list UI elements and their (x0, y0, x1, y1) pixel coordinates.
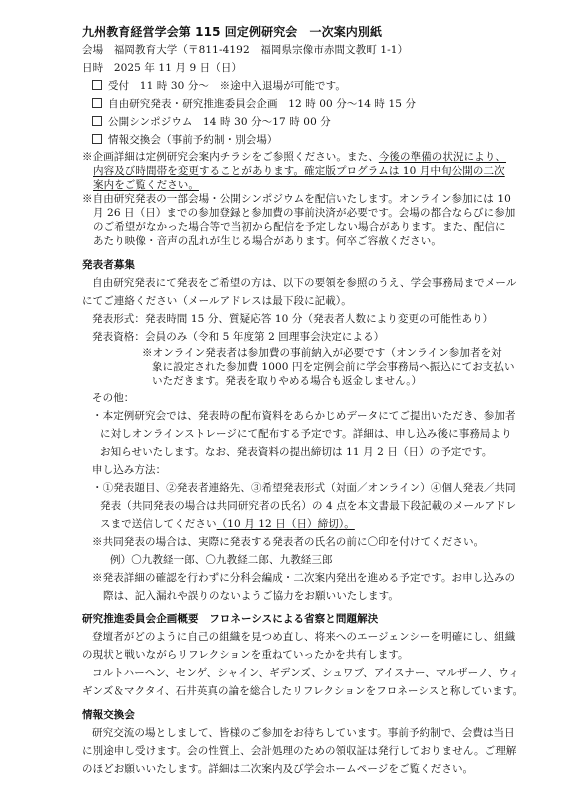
schedule-item: 情報交換会（事前予約制・別会場） (92, 133, 278, 147)
joint-note: ※共同発表の場合は、実際に発表する発表者の氏名の前に〇印を付けてください。 (92, 535, 484, 549)
exchange-body: のほどお願いいたします。詳細は二次案内及び学会ホームページをご覧ください。 (82, 762, 473, 776)
checkbox-icon (92, 116, 102, 126)
other-item: ・本定例研究会では、発表時の配布資料をあらかじめデータにてご提出いただき、参加者 (92, 409, 516, 423)
apply-item: 発表（共同発表の場合は共同研究者の氏名）の 4 点を本文書最下段記載のメールアド… (100, 499, 516, 513)
venue-label: 会場 (82, 44, 103, 56)
recruit-eligibility: 発表資格：会員のみ（令和 5 年度第 2 回理事会決定による） (92, 330, 384, 344)
apply-label: 申し込み方法： (92, 463, 166, 477)
deadline: （10 月 12 日（日）締切）。 (217, 518, 355, 530)
datetime-line: 日時 2025 年 11 月 9 日（日） (82, 61, 242, 75)
section-heading-recruit: 発表者募集 (82, 258, 135, 272)
apply-item: ・①発表題目、②発表者連絡先、③希望発表形式（対面／オンライン）④個人発表／共同 (92, 481, 516, 495)
confirm-note: 際は、記入漏れや誤りのないようご協力をお願いいたします。 (103, 589, 399, 603)
section-heading-committee: 研究推進委員会企画概要 フロネーシスによる省察と問題解決 (82, 612, 378, 626)
recruit-intro: 自由研究発表にて発表をご希望の方は、以下の要領を参照のうえ、学会事務局までメール (92, 276, 516, 290)
checkbox-icon (92, 134, 102, 144)
recruit-format: 発表形式：発表時間 15 分、質疑応答 10 分（発表者人数により変更の可能性あ… (92, 312, 493, 326)
venue-line: 会場 福岡教育大学（〒811-4192 福岡県宗像市赤間文教町 1-1） (82, 43, 408, 57)
checkbox-icon (92, 98, 102, 108)
exchange-body: に別途申し受けます。会の性質上、会計処理のための領収証は発行しておりません。ご理… (82, 744, 516, 758)
note-streaming: あたり映像・音声の乱れが生じる場合があります。何卒ご容赦ください。 (93, 234, 442, 248)
schedule-item: 公開シンポジウム 14 時 30 分～17 時 00 分 (92, 115, 331, 129)
committee-body: ギンズ＆マクタイ、石井英真の論を総合したリフレクションをフロネーシスと称していま… (82, 684, 523, 698)
confirm-note: ※発表詳細の確認を行わずに分科会編成・二次案内発出を進める予定です。お申し込みの (92, 571, 515, 585)
apply-item: スまで送信してください（10 月 12 日（日）締切）。 (100, 517, 355, 531)
recruit-online-note: ※オンライン発表者は参加費の事前納入が必要です（オンライン参加者を対 (142, 346, 502, 360)
recruit-intro: にてご連絡ください（メールアドレスは最下段に記載）。 (82, 294, 352, 308)
checkbox-icon (92, 80, 102, 90)
schedule-item: 受付 11 時 30 分～ ※途中入退場が可能です。 (92, 79, 346, 93)
note-program: ※企画詳細は定例研究会案内チラシをご参照ください。また、今後の準備の状況により、 (82, 150, 506, 164)
schedule-item: 自由研究発表・研究推進委員会企画 12 時 00 分～14 時 15 分 (92, 97, 416, 111)
note-program-cont: 内容及び時間帯を変更することがあります。確定版プログラムは 10 月中旬公開の二… (93, 164, 505, 178)
recruit-online-note: 象に設定された参加費 1000 円を定例会前に学会事務局へ振込にてお支払い (152, 360, 515, 374)
exchange-body: 研究交流の場としまして、皆様のご参加をお待ちしています。事前予約制で、会費は当日 (92, 726, 515, 740)
note-streaming: ※自由研究発表の一部会場・公開シンポジウムを配信いたします。オンライン参加には … (82, 192, 511, 206)
example-line: 例）〇九教経一郎、〇九教経二郎、九教経三郎 (110, 553, 333, 567)
note-streaming: 月 26 日（日）までの参加登録と参加費の事前決済が必要です。会場の都合ならびに… (93, 206, 515, 220)
venue-value: 福岡教育大学（〒811-4192 福岡県宗像市赤間文教町 1-1） (114, 44, 408, 56)
page-title: 九州教育経営学会第 115 回定例研究会 一次案内別紙 (82, 25, 382, 39)
other-item: に対しオンラインストレージにて配布する予定です。詳細は、申し込み後に事務局より (100, 427, 512, 441)
other-item: お知らせいたします。なお、発表資料の提出締切は 11 月 2 日（日）の予定です… (100, 445, 493, 459)
recruit-online-note: いただきます。発表を取りやめる場合も返金しません。） (152, 374, 422, 388)
note-streaming: のご希望がなかった場合等で当初から配信を予定しない場合があります。また、配信に (93, 220, 506, 234)
document-page: 九州教育経営学会第 115 回定例研究会 一次案内別紙 会場 福岡教育大学（〒8… (0, 0, 565, 799)
datetime-value: 2025 年 11 月 9 日（日） (114, 62, 242, 74)
committee-body: コルトハーヘン、センゲ、シャイン、ギデンズ、シュワブ、アイスナー、マルザーノ、ウ… (92, 666, 519, 680)
section-heading-exchange: 情報交換会 (82, 708, 135, 722)
committee-body: の現状と戦いながらリフレクションを重ねていったかを共有します。 (82, 648, 409, 662)
note-program-cont: 案内をご覧ください。 (93, 178, 199, 192)
committee-body: 登壇者がどのように自己の組織を見つめ直し、将来へのエージェンシーを明確にし、組織 (92, 630, 515, 644)
other-label: その他： (92, 391, 134, 405)
datetime-label: 日時 (82, 62, 103, 74)
